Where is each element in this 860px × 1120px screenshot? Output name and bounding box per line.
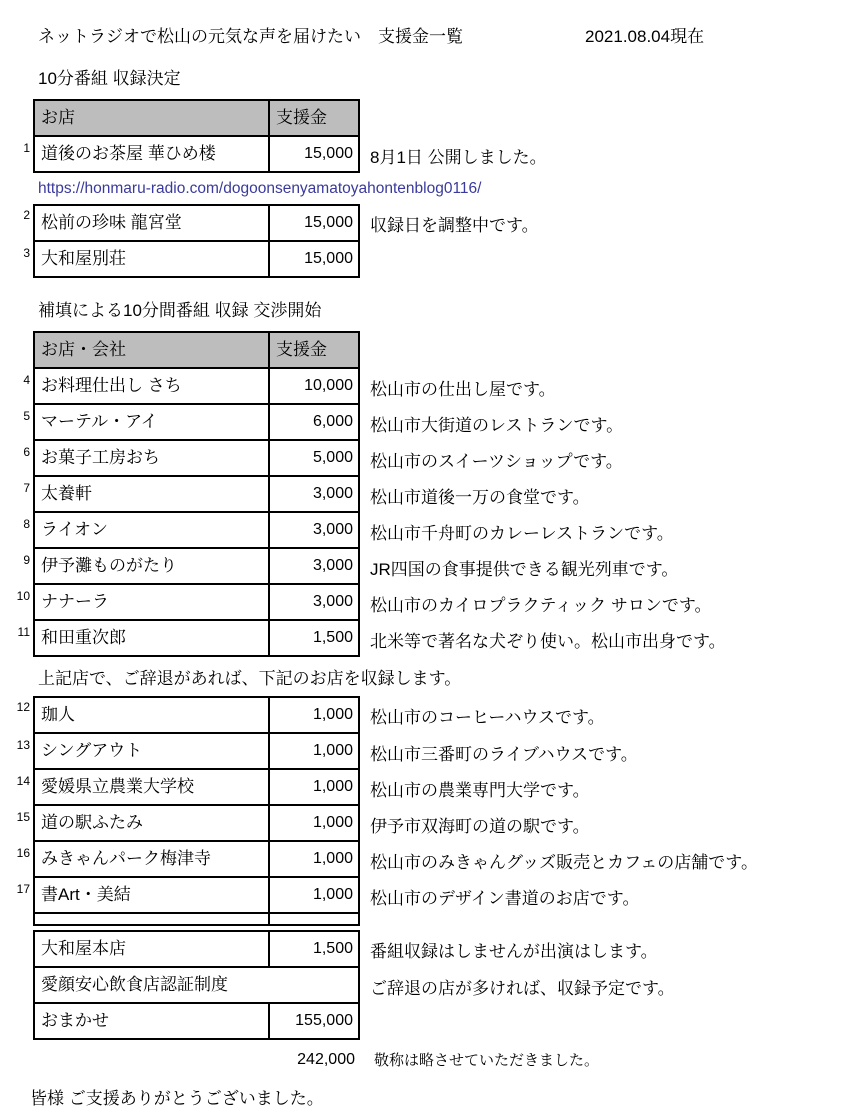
url-line: https://honmaru-radio.com/dogoonsenyamat… [38,180,860,198]
empty-cell [268,914,360,926]
amount-cell: 155,000 [268,1004,360,1040]
title-bar: ネットラジオで松山の元気な声を届けたい 支援金一覧 2021.08.04現在 [38,22,860,46]
row-number-gutter [0,1004,33,1040]
row-number: 4 [0,369,33,405]
row-number-gutter [0,968,33,1004]
col-header-amount: 支援金 [268,331,360,369]
section1-heading: 10分番組 収録決定 [38,64,860,89]
amount-cell: 3,000 [268,477,360,513]
shop-name-cell: 書Art・美結 [33,878,268,914]
shop-name-cell: 珈人 [33,696,268,734]
row-number: 11 [0,621,33,657]
amount-cell: 1,500 [268,930,360,968]
shop-name-cell: お料理仕出し さち [33,369,268,405]
amount-cell: 15,000 [268,242,360,278]
amount-cell: 1,000 [268,696,360,734]
row-note: 松山市のスイーツショップです。 [370,447,623,472]
table-row: 17 書Art・美結 1,000 松山市のデザイン書道のお店です。 [0,878,860,914]
row-number-gutter [0,914,33,926]
row-number: 14 [0,770,33,806]
table-row: 14 愛媛県立農業大学校 1,000 松山市の農業専門大学です。 [0,770,860,806]
row-note: JR四国の食事提供できる観光列車です。 [370,555,678,580]
row-note: 松山市千舟町のカレーレストランです。 [370,519,674,544]
row-note: 松山市のカイロプラクティック サロンです。 [370,591,712,616]
table1-header-row: お店 支援金 [0,99,860,137]
table-row: 大和屋本店 1,500 番組収録はしませんが出演はします。 [0,930,860,968]
col-header-shop: お店・会社 [33,331,268,369]
table-row: 12 珈人 1,000 松山市のコーヒーハウスです。 [0,696,860,734]
amount-cell: 3,000 [268,549,360,585]
amount-cell: 1,000 [268,770,360,806]
row-note: 松山市道後一万の食堂です。 [370,483,590,508]
table-row: 15 道の駅ふたみ 1,000 伊予市双海町の道の駅です。 [0,806,860,842]
row-note: 収録日を調整中です。 [370,211,539,236]
shop-name-cell: 愛媛県立農業大学校 [33,770,268,806]
shop-name-cell: 太養軒 [33,477,268,513]
row-note: 松山市のコーヒーハウスです。 [370,703,605,728]
row-number: 8 [0,513,33,549]
row-number: 2 [0,204,33,242]
row-note: ご辞退の店が多ければ、収録予定です。 [370,974,675,999]
table-row: 1 道後のお茶屋 華ひめ楼 15,000 8月1日 公開しました。 [0,137,860,173]
table-row: おまかせ 155,000 [0,1004,860,1040]
table-row: 4 お料理仕出し さち 10,000 松山市の仕出し屋です。 [0,369,860,405]
shop-name-cell: 道後のお茶屋 華ひめ楼 [33,137,268,173]
shop-name-cell: お菓子工房おち [33,441,268,477]
amount-cell: 1,000 [268,878,360,914]
amount-cell: 6,000 [268,405,360,441]
shop-name-cell: 和田重次郎 [33,621,268,657]
table-row: 9 伊予灘ものがたり 3,000 JR四国の食事提供できる観光列車です。 [0,549,860,585]
table-row: 愛顔安心飲食店認証制度 ご辞退の店が多ければ、収録予定です。 [0,968,860,1004]
table-row: 6 お菓子工房おち 5,000 松山市のスイーツショップです。 [0,441,860,477]
table-row: 3 大和屋別荘 15,000 [0,242,860,278]
amount-cell: 15,000 [268,137,360,173]
table-row: 10 ナナーラ 3,000 松山市のカイロプラクティック サロンです。 [0,585,860,621]
table-row: 2 松前の珍味 龍宮堂 15,000 収録日を調整中です。 [0,204,860,242]
shop-name-cell: 大和屋別荘 [33,242,268,278]
support-url-link[interactable]: https://honmaru-radio.com/dogoonsenyamat… [38,180,481,197]
date-label: 2021.08.04現在 [585,22,704,47]
row-number: 3 [0,242,33,278]
table-row: 7 太養軒 3,000 松山市道後一万の食堂です。 [0,477,860,513]
row-number: 9 [0,549,33,585]
table-row: 5 マーテル・アイ 6,000 松山市大街道のレストランです。 [0,405,860,441]
amount-cell: 3,000 [268,513,360,549]
shop-name-cell: みきゃんパーク梅津寺 [33,842,268,878]
total-amount: 242,000 [268,1051,360,1069]
shop-name-cell: 伊予灘ものがたり [33,549,268,585]
amount-cell: 5,000 [268,441,360,477]
document-page: ネットラジオで松山の元気な声を届けたい 支援金一覧 2021.08.04現在 1… [0,0,860,1120]
row-number: 5 [0,405,33,441]
empty-spacer-row [0,914,860,926]
table-row: 16 みきゃんパーク梅津寺 1,000 松山市のみきゃんグッズ販売とカフェの店舗… [0,842,860,878]
amount-cell: 3,000 [268,585,360,621]
row-number: 7 [0,477,33,513]
row-number: 6 [0,441,33,477]
amount-cell: 1,000 [268,806,360,842]
row-note: 北米等で著名な犬ぞり使い。松山市出身です。 [370,627,726,652]
row-number: 10 [0,585,33,621]
shop-name-cell: マーテル・アイ [33,405,268,441]
shop-name-cell: ナナーラ [33,585,268,621]
total-note: 敬称は略させていただきました。 [374,1049,599,1070]
table2-header-row: お店・会社 支援金 [0,331,860,369]
middle-note: 上記店で、ご辞退があれば、下記のお店を収録します。 [38,664,860,689]
table-row: 8 ライオン 3,000 松山市千舟町のカレーレストランです。 [0,513,860,549]
shop-name-cell: 松前の珍味 龍宮堂 [33,204,268,242]
thanks-note: 皆様 ご支援ありがとうございました。 [30,1084,860,1109]
row-number: 16 [0,842,33,878]
shop-name-cell: ライオン [33,513,268,549]
row-number-gutter [0,331,33,369]
page-title: ネットラジオで松山の元気な声を届けたい 支援金一覧 [38,27,463,46]
row-number-gutter [0,99,33,137]
amount-cell: 1,000 [268,734,360,770]
amount-cell: 1,000 [268,842,360,878]
row-number: 12 [0,696,33,734]
row-note: 松山市の仕出し屋です。 [370,375,556,400]
row-number-gutter [0,930,33,968]
amount-cell: 1,500 [268,621,360,657]
col-header-shop: お店 [33,99,268,137]
shop-name-cell: 大和屋本店 [33,930,268,968]
table-row: 11 和田重次郎 1,500 北米等で著名な犬ぞり使い。松山市出身です。 [0,621,860,657]
row-note: 8月1日 公開しました。 [370,143,547,168]
shop-name-cell: 道の駅ふたみ [33,806,268,842]
total-line: 242,000 敬称は略させていただきました。 [0,1049,860,1070]
row-note: 番組収録はしませんが出演はします。 [370,937,658,962]
empty-cell [33,914,268,926]
row-number: 15 [0,806,33,842]
row-number: 1 [0,137,33,173]
row-number: 13 [0,734,33,770]
table-row: 13 シングアウト 1,000 松山市三番町のライブハウスです。 [0,734,860,770]
amount-cell: 15,000 [268,204,360,242]
row-note: 松山市大街道のレストランです。 [370,411,623,436]
col-header-amount: 支援金 [268,99,360,137]
shop-name-cell: おまかせ [33,1004,268,1040]
row-note: 松山市のデザイン書道のお店です。 [370,884,639,909]
section2-heading: 補填による10分間番組 収録 交渉開始 [38,296,860,321]
shop-name-cell: シングアウト [33,734,268,770]
amount-cell: 10,000 [268,369,360,405]
row-number: 17 [0,878,33,914]
row-note: 松山市三番町のライブハウスです。 [370,740,638,765]
row-note: 伊予市双海町の道の駅です。 [370,812,590,837]
row-note: 松山市の農業専門大学です。 [370,776,590,801]
row-note: 松山市のみきゃんグッズ販売とカフェの店舗です。 [370,848,758,873]
merged-name-cell: 愛顔安心飲食店認証制度 [33,968,360,1004]
